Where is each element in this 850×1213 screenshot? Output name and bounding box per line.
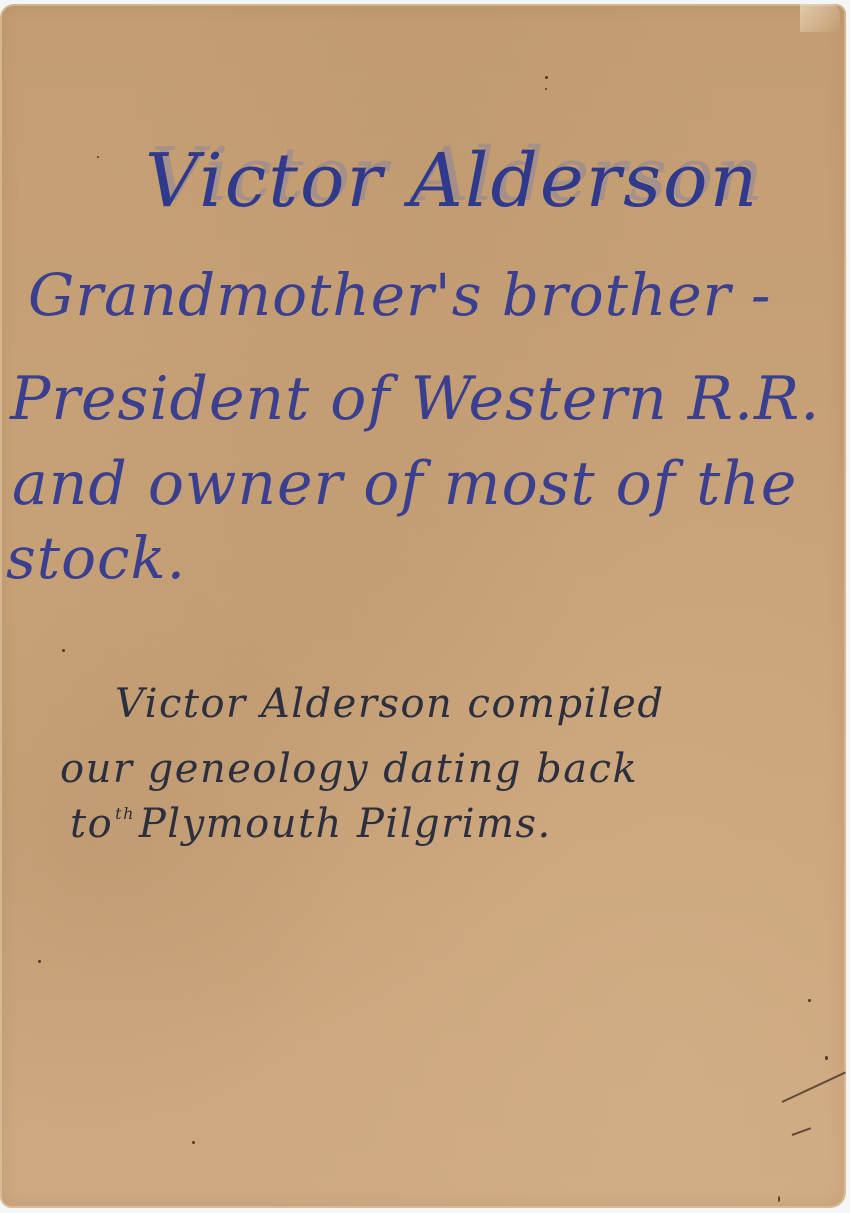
pencil-note-line-3: and owner of most of the [12,454,797,514]
scratch-mark [782,1072,846,1103]
speck-mark [545,76,548,79]
speck-mark [62,649,65,652]
pencil-note-line-1: Grandmother's brother - [28,266,771,324]
ink-note-line-2: our geneology dating back [60,749,638,789]
speck-mark [778,1196,780,1202]
speck-mark [825,1056,828,1060]
speck-mark [545,88,547,90]
ink-note-word-pilgrims: Plymouth Pilgrims. [139,801,552,847]
pencil-note-line-2: President of Western R.R. [10,369,820,429]
pencil-note-line-4: stock. [6,529,186,587]
ink-note-line-3: tothPlymouth Pilgrims. [70,804,552,844]
ink-note-superscript-the: th [115,804,135,823]
photo-card-back: Victor Alderson Grandmother's brother - … [0,4,846,1208]
speck-mark [97,156,99,158]
speck-mark [808,999,811,1002]
scratch-mark [792,1127,811,1136]
ink-note-line-1: Victor Alderson compiled [115,684,664,724]
ink-note-word-to: to [70,801,113,847]
speck-mark [192,1141,195,1144]
heading-name: Victor Alderson [145,144,759,218]
speck-mark [38,960,41,963]
